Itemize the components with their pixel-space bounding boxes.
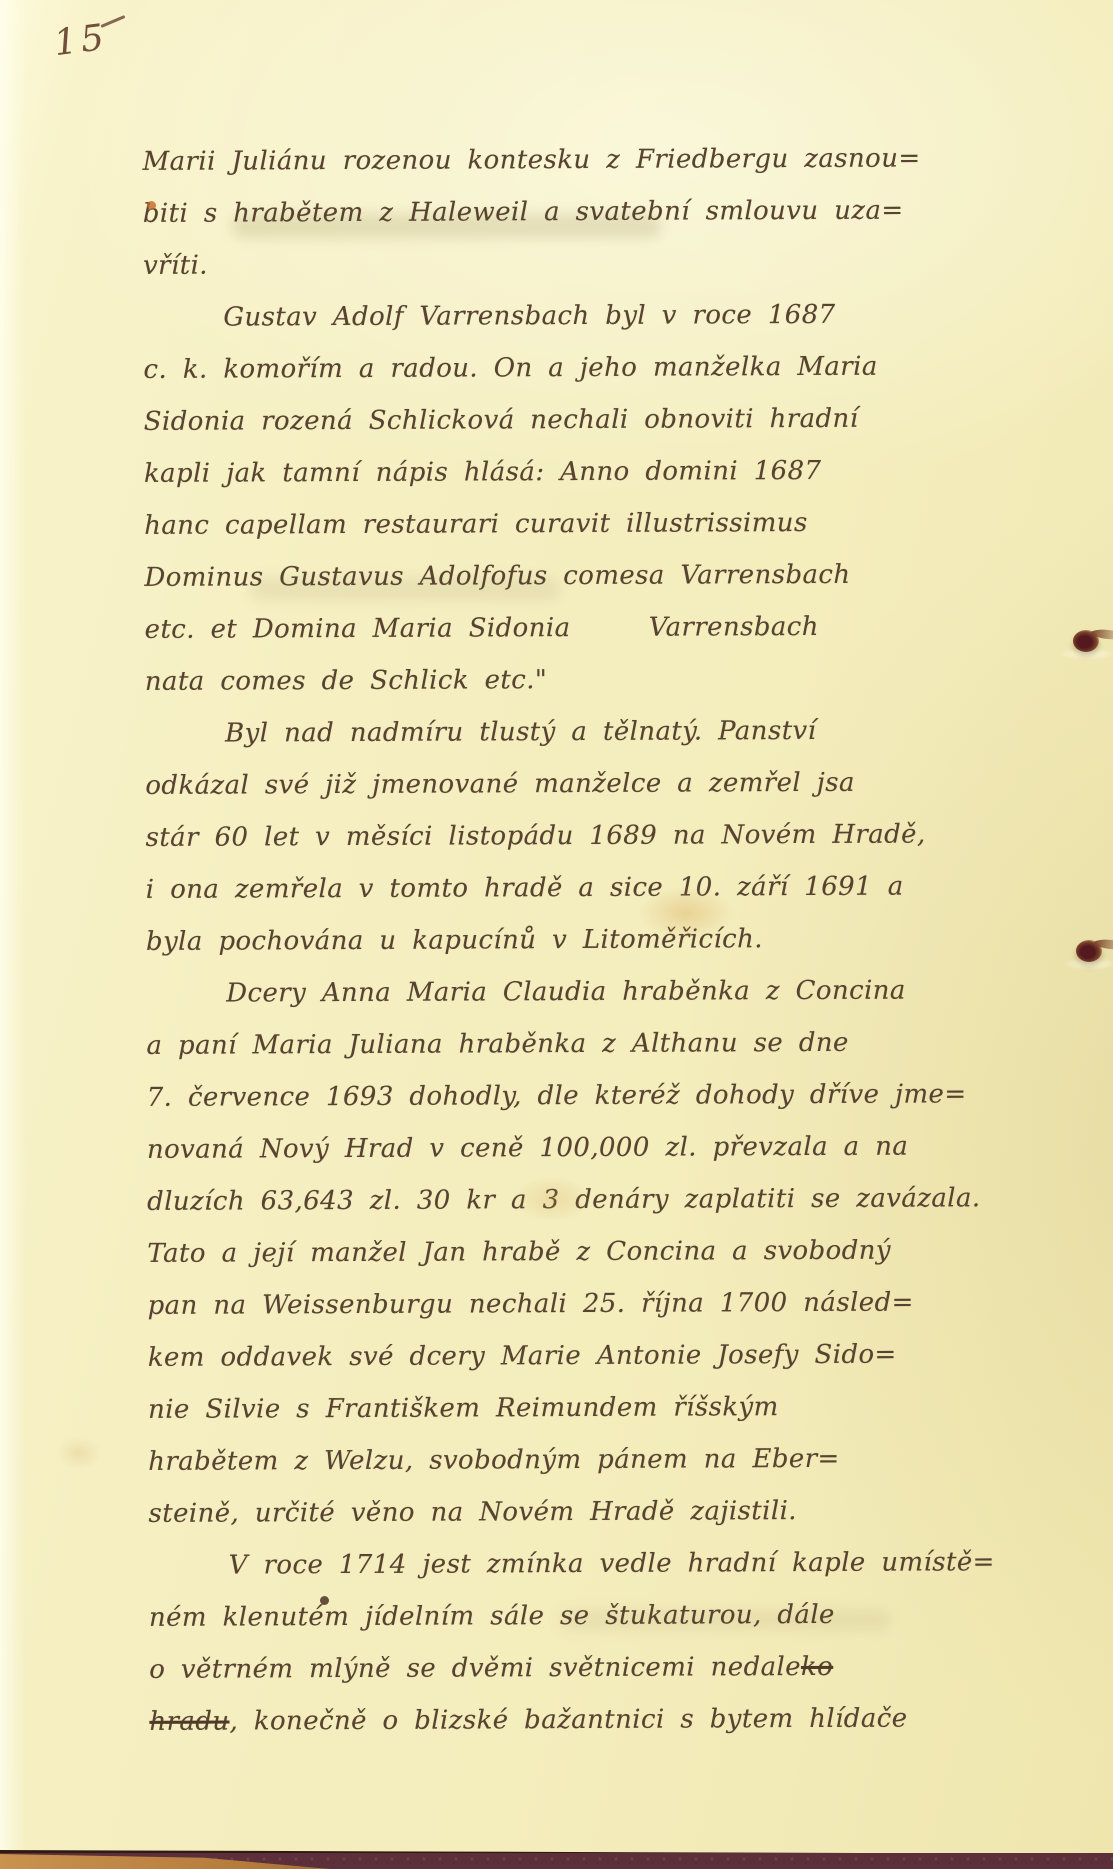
manuscript-line: Sidonia rozená Schlicková nechali obnovi… bbox=[144, 392, 1004, 448]
manuscript-line: vříti. bbox=[143, 236, 1003, 292]
line-text: o větrném mlýně se dvěmi světnicemi neda… bbox=[149, 1652, 801, 1685]
manuscript-line: a paní Maria Juliana hraběnka z Althanu … bbox=[146, 1016, 1006, 1072]
ink-speck bbox=[320, 1596, 329, 1605]
manuscript-line: hrabětem z Welzu, svobodným pánem na Ebe… bbox=[148, 1432, 1008, 1488]
manuscript-line: Dcery Anna Maria Claudia hraběnka z Conc… bbox=[146, 964, 1006, 1020]
rust-stain bbox=[147, 201, 156, 210]
binding-hole-top bbox=[1055, 618, 1113, 664]
manuscript-page-scan: 15 Marii Juliánu rozenou kontesku z Frie… bbox=[0, 0, 1113, 1869]
manuscript-line: hanc capellam restaurari curavit illustr… bbox=[144, 496, 1004, 552]
manuscript-line: nata comes de Schlick etc." bbox=[145, 652, 1005, 708]
manuscript-line: Tato a její manžel Jan hrabě z Concina a… bbox=[147, 1224, 1007, 1280]
paragraph-5: V roce 1714 jest zmínka vedle hradní kap… bbox=[149, 1536, 1010, 1748]
manuscript-line: byla pochována u kapucínů v Litoměřicích… bbox=[146, 912, 1006, 968]
manuscript-line: kapli jak tamní nápis hlásá: Anno domini… bbox=[144, 444, 1004, 500]
manuscript-line: i ona zemřela v tomto hradě a sice 10. z… bbox=[146, 860, 1006, 916]
manuscript-line-with-correction: hradu, konečně o blizské bažantnici s by… bbox=[149, 1692, 1009, 1748]
manuscript-line: odkázal své již jmenované manželce a zem… bbox=[145, 756, 1005, 812]
manuscript-line: pan na Weissenburgu nechali 25. října 17… bbox=[147, 1276, 1007, 1332]
paragraph-2: Gustav Adolf Varrensbach byl v roce 1687… bbox=[143, 288, 1005, 708]
manuscript-line: kem oddavek své dcery Marie Antonie Jose… bbox=[148, 1328, 1008, 1384]
paper-stain bbox=[638, 886, 734, 940]
struck-text: hradu bbox=[149, 1707, 229, 1737]
manuscript-line: Marii Juliánu rozenou kontesku z Friedbe… bbox=[142, 132, 1002, 188]
struck-text: ko bbox=[801, 1652, 833, 1682]
manuscript-line-with-correction: o větrném mlýně se dvěmi světnicemi neda… bbox=[149, 1640, 1009, 1696]
manuscript-line: steině, určité věno na Novém Hradě zajis… bbox=[148, 1484, 1008, 1540]
manuscript-line: biti s hrabětem z Haleweil a svatební sm… bbox=[143, 184, 1003, 240]
manuscript-line: V roce 1714 jest zmínka vedle hradní kap… bbox=[149, 1536, 1009, 1592]
paper-edge-highlight bbox=[0, 0, 26, 1853]
page-number: 15 bbox=[52, 17, 110, 64]
hole-core bbox=[1076, 940, 1102, 962]
manuscript-line: etc. et Domina Maria Sidonia Varrensbach bbox=[145, 600, 1005, 656]
hole-core bbox=[1073, 630, 1099, 652]
paragraph-3: Byl nad nadmíru tlustý a tělnatý. Panstv… bbox=[145, 704, 1006, 968]
manuscript-line: stár 60 let v měsíci listopádu 1689 na N… bbox=[145, 808, 1005, 864]
manuscript-line: Gustav Adolf Varrensbach byl v roce 1687 bbox=[143, 288, 1003, 344]
manuscript-line: ném klenutém jídelním sále se štukaturou… bbox=[149, 1588, 1009, 1644]
manuscript-line: novaná Nový Hrad v ceně 100,000 zl. přev… bbox=[147, 1120, 1007, 1176]
manuscript-line: 7. července 1693 dohodly, dle kteréž doh… bbox=[147, 1068, 1007, 1124]
binding-hole-bottom bbox=[1058, 928, 1113, 974]
manuscript-line: Dominus Gustavus Adolfofus comesa Varren… bbox=[144, 548, 1004, 604]
manuscript-line: nie Silvie s Františkem Reimundem říšský… bbox=[148, 1380, 1008, 1436]
manuscript-line: Byl nad nadmíru tlustý a tělnatý. Panstv… bbox=[145, 704, 1005, 760]
line-text: , konečně o blizské bažantnici s bytem h… bbox=[229, 1704, 907, 1737]
paper-stain bbox=[512, 1176, 592, 1222]
paragraph-1: Marii Juliánu rozenou kontesku z Friedbe… bbox=[142, 132, 1003, 292]
handwritten-text-block: Marii Juliánu rozenou kontesku z Friedbe… bbox=[142, 132, 1009, 1748]
paragraph-4: Dcery Anna Maria Claudia hraběnka z Conc… bbox=[146, 964, 1008, 1540]
manuscript-line: c. k. komořím a radou. On a jeho manželk… bbox=[143, 340, 1003, 396]
paper-stain bbox=[56, 1436, 102, 1470]
